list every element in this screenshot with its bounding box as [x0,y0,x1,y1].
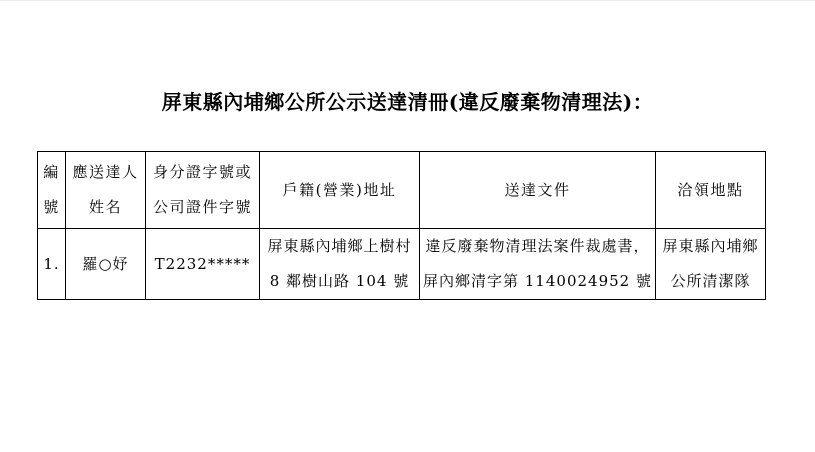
table-row: 1. 羅○妤 T2232***** 屏東縣內埔鄉上樹村 8 鄰樹山路 104 號… [38,229,766,300]
cell-pickup-location: 屏東縣內埔鄉 公所清潔隊 [656,229,766,300]
cell-document: 違反廢棄物清理法案件裁處書， 屏內鄉清字第 1140024952 號 [420,229,656,300]
header-cell-address: 戶籍(營業)地址 [260,152,420,229]
header-document-line1: 送達文件 [422,173,653,208]
header-id-line2: 公司證件字號 [148,190,257,225]
row-pickup-line2: 公所清潔隊 [658,264,763,299]
header-cell-id-number: 身分證字號或 公司證件字號 [146,152,260,229]
row-document-line1: 違反廢棄物清理法案件裁處書， [422,229,653,264]
row-number: 1. [40,247,63,282]
header-cell-document: 送達文件 [420,152,656,229]
header-number-line2: 號 [40,190,63,225]
row-address-line2: 8 鄰樹山路 104 號 [262,264,417,299]
header-id-line1: 身分證字號或 [148,155,257,190]
cell-address: 屏東縣內埔鄉上樹村 8 鄰樹山路 104 號 [260,229,420,300]
row-id-number: T2232***** [148,247,257,282]
document-title: 屏東縣內埔鄉公所公示送達清冊(違反廢棄物清理法)： [0,86,815,115]
cell-recipient-name: 羅○妤 [66,229,146,300]
cell-id-number: T2232***** [146,229,260,300]
delivery-notice-table: 編 號 應送達人 姓名 身分證字號或 公司證件字號 戶籍(營業)地址 送達文件 [37,151,766,300]
row-document-line2: 屏內鄉清字第 1140024952 號 [422,264,653,299]
header-cell-pickup-location: 洽領地點 [656,152,766,229]
document-page: 屏東縣內埔鄉公所公示送達清冊(違反廢棄物清理法)： 編 號 應送達人 姓名 [0,0,815,452]
header-recipient-line1: 應送達人 [68,155,143,190]
header-recipient-line2: 姓名 [68,190,143,225]
row-recipient-name: 羅○妤 [68,247,143,282]
header-number-line1: 編 [40,155,63,190]
cell-number: 1. [38,229,66,300]
header-address-line1: 戶籍(營業)地址 [262,173,417,208]
table-header-row: 編 號 應送達人 姓名 身分證字號或 公司證件字號 戶籍(營業)地址 送達文件 [38,152,766,229]
header-cell-recipient-name: 應送達人 姓名 [66,152,146,229]
header-pickup-line1: 洽領地點 [658,173,763,208]
row-address-line1: 屏東縣內埔鄉上樹村 [262,229,417,264]
row-pickup-line1: 屏東縣內埔鄉 [658,229,763,264]
header-cell-number: 編 號 [38,152,66,229]
